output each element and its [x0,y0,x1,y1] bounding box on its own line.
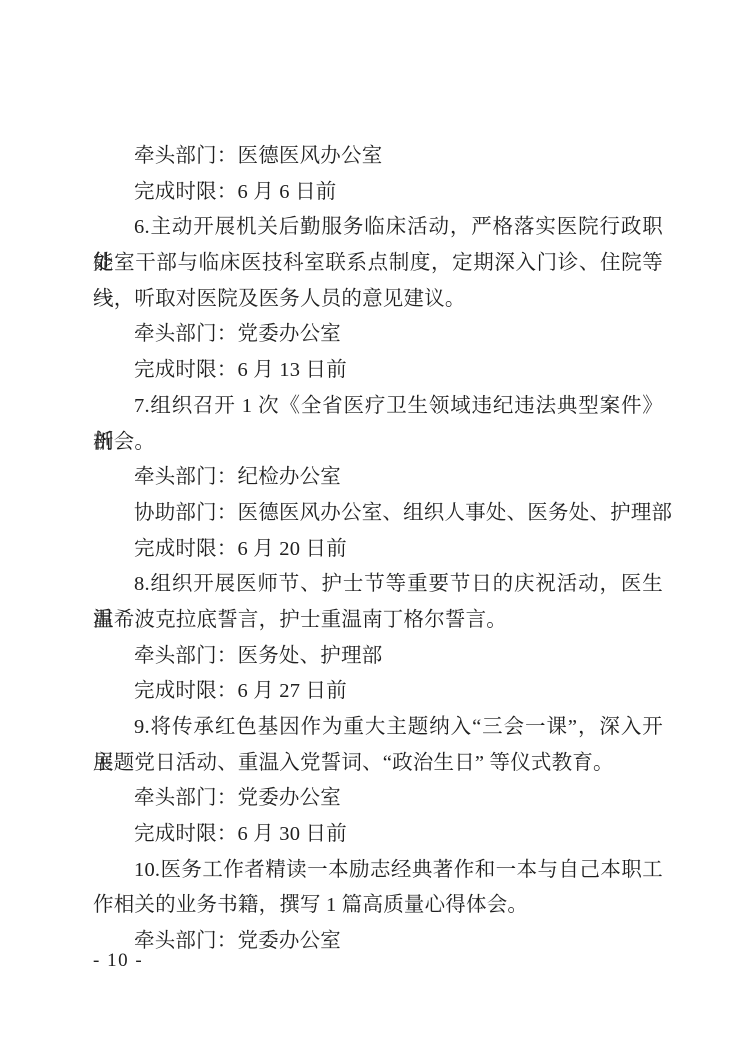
text-line: 8.组织开展医师节、护士节等重要节日的庆祝活动，医生重 [93,567,663,603]
text-line: 析会。 [93,425,663,461]
document-body: 牵头部门：医德医风办公室完成时限：6 月 6 日前6.主动开展机关后勤服务临床活… [93,139,663,960]
text-line: 完成时限：6 月 27 日前 [93,674,663,710]
text-line: 完成时限：6 月 30 日前 [93,817,663,853]
text-line: 牵头部门：党委办公室 [93,781,663,817]
page-number: - 10 - [93,949,143,973]
text-line: 10.医务工作者精读一本励志经典著作和一本与自己本职工 [93,853,663,889]
text-line: 线，听取对医院及医务人员的意见建议。 [93,282,663,318]
document-page: 牵头部门：医德医风办公室完成时限：6 月 6 日前6.主动开展机关后勤服务临床活… [0,0,750,1061]
text-line: 9.将传承红色基因作为重大主题纳入“三会一课”，深入开展 [93,710,663,746]
text-line: 完成时限：6 月 20 日前 [93,532,663,568]
text-line: 作相关的业务书籍，撰写 1 篇高质量心得体会。 [93,888,663,924]
text-line: 牵头部门：纪检办公室 [93,460,663,496]
text-line: 牵头部门：医德医风办公室 [93,139,663,175]
text-line: 协助部门：医德医风办公室、组织人事处、医务处、护理部 [93,496,663,532]
text-line: 完成时限：6 月 13 日前 [93,353,663,389]
text-line: 完成时限：6 月 6 日前 [93,175,663,211]
text-line: 7.组织召开 1 次《全省医疗卫生领域违纪违法典型案件》剖 [93,389,663,425]
text-line: 牵头部门：医务处、护理部 [93,639,663,675]
text-line: 6.主动开展机关后勤服务临床活动，严格落实医院行政职能 [93,210,663,246]
text-line: 牵头部门：党委办公室 [93,924,663,960]
text-line: 主题党日活动、重温入党誓词、“政治生日” 等仪式教育。 [93,746,663,782]
text-line: 牵头部门：党委办公室 [93,317,663,353]
text-line: 温希波克拉底誓言，护士重温南丁格尔誓言。 [93,603,663,639]
text-line: 处室干部与临床医技科室联系点制度，定期深入门诊、住院等一 [93,246,663,282]
